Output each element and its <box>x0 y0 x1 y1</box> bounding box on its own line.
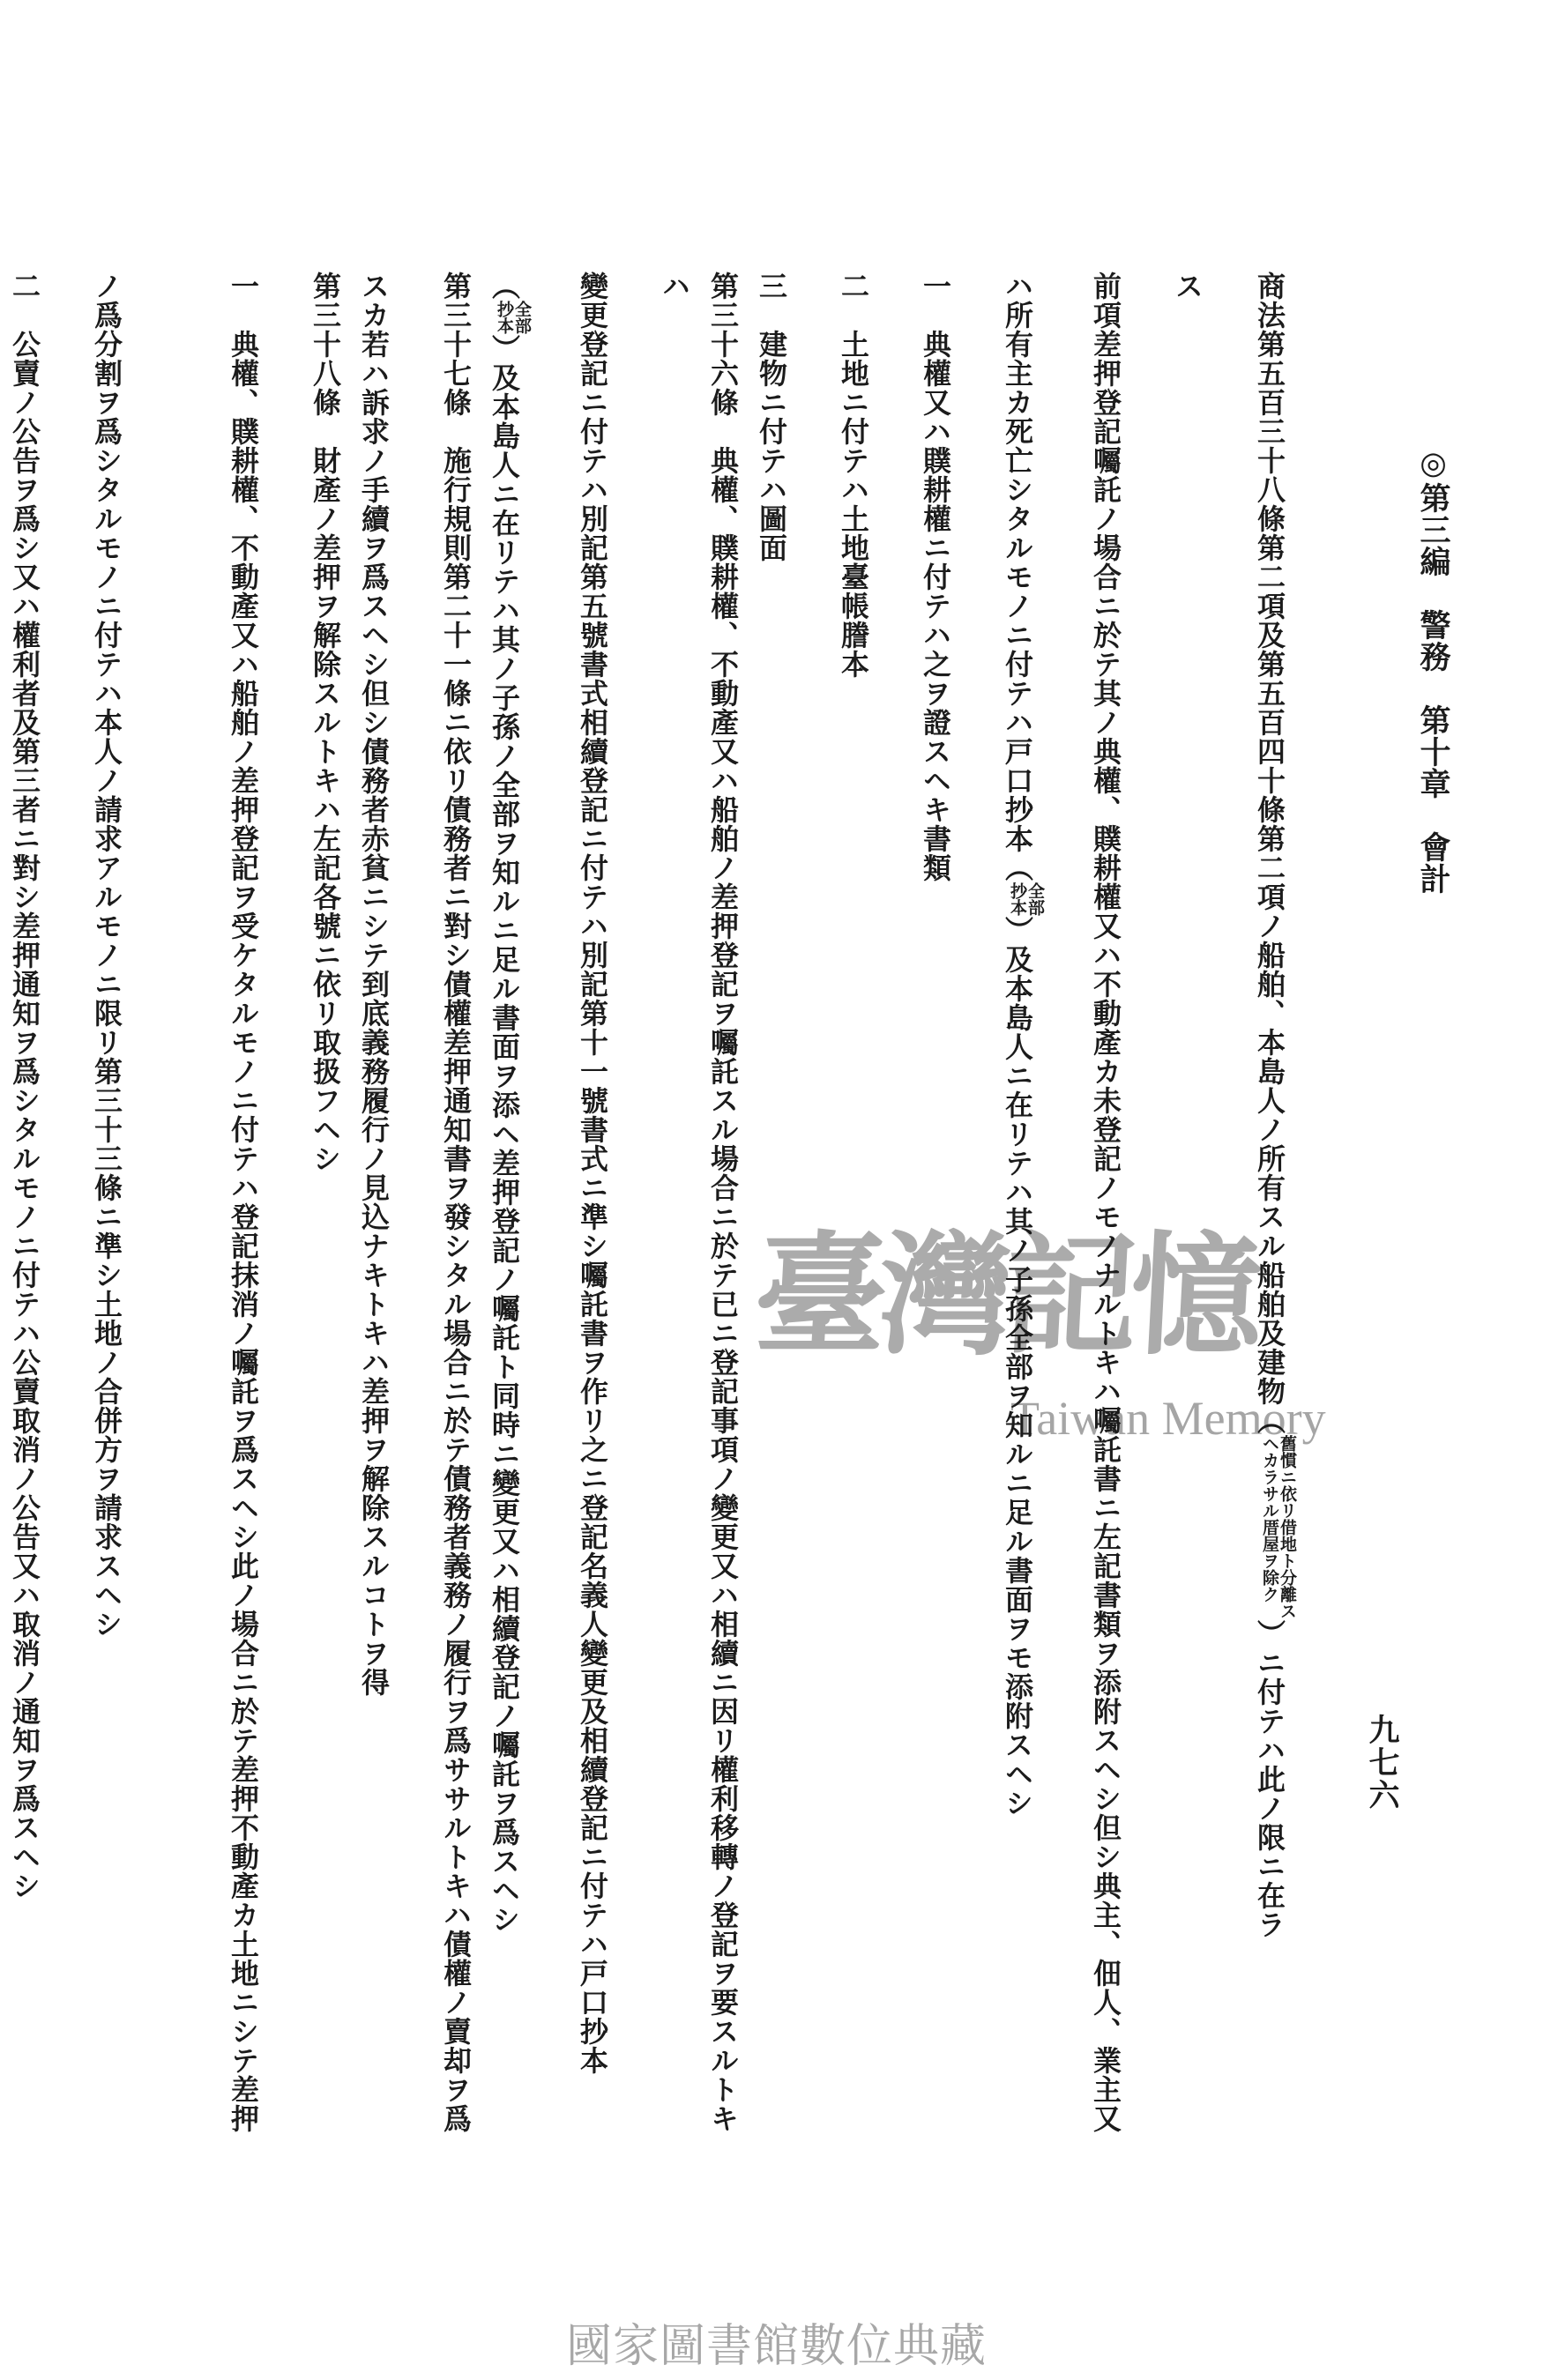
text-column: ハ所有主カ死亡シタルモノニ付テハ戸口抄本（全部抄本）及本島人ニ在リテハ其ノ子孫全… <box>993 271 1081 2149</box>
text-column: 二 公賣ノ公告ヲ爲シ又ハ權利者及第三者ニ對シ差押通知ヲ爲シタルモノニ付テハ公賣取… <box>0 271 82 2149</box>
text-column: ス <box>1163 271 1245 2149</box>
text-column: 前項差押登記囑託ノ場合ニ於テ其ノ典權、贌耕權又ハ不動產カ未登記ノモノナルトキハ囑… <box>1081 271 1163 2149</box>
inline-warichu-note: 全部抄本 <box>496 301 531 334</box>
scanned-page: ◎第三編 警務 第十章 會計 九七六 臺灣記憶 Taiwan Memory 商法… <box>0 0 1543 2380</box>
text-column: スカ若ハ訴求ノ手續ヲ爲スヘシ但シ債務者赤貧ニシテ到底義務履行ノ見込ナキトキハ差押… <box>349 271 431 2149</box>
text-column: 商法第五百三十八條第二項及第五百四十條第二項ノ船舶、本島人ノ所有スル船舶及建物（… <box>1245 271 1333 2149</box>
text-column: ノ爲分割ヲ爲シタルモノニ付テハ本人ノ請求アルモノニ限リ第三十三條ニ準シ土地ノ合併… <box>82 271 219 2149</box>
text-column: 第三十六條 典權、贌耕權、不動產又ハ船舶ノ差押登記ヲ囑託スル場合ニ於テ已ニ登記事… <box>650 271 747 2149</box>
inline-warichu-note: 全部抄本 <box>1009 882 1044 916</box>
legal-text-block: 商法第五百三十八條第二項及第五百四十條第二項ノ船舶、本島人ノ所有スル船舶及建物（… <box>155 271 1333 2149</box>
text-column: （全部抄本）及本島人ニ在リテハ其ノ子孫ノ全部ヲ知ルニ足ル書面ヲ添ヘ差押登記ノ囑託… <box>480 271 568 2149</box>
text-column: 第三十七條 施行規則第二十一條ニ依リ債務者ニ對シ債權差押通知書ヲ發シタル場合ニ於… <box>431 271 480 2149</box>
text-column: 第三十八條 財產ノ差押ヲ解除スルトキハ左記各號ニ依リ取扱フヘシ <box>301 271 349 2149</box>
text-column: 變更登記ニ付テハ別記第五號書式相續登記ニ付テハ別記第十一號書式ニ準シ囑託書ヲ作リ… <box>568 271 650 2149</box>
text-column: 二 土地ニ付テハ土地臺帳謄本 <box>829 271 911 2149</box>
inline-warichu-note: 舊慣ニ依リ借地ト分離スヘカラサル厝屋ヲ除ク <box>1261 1435 1296 1619</box>
running-head: ◎第三編 警務 第十章 會計 <box>1411 445 1455 895</box>
text-column: 一 典權又ハ贌耕權ニ付テハ之ヲ證スヘキ書類 <box>911 271 993 2149</box>
text-column: 三 建物ニ付テハ圖面 <box>747 271 829 2149</box>
footer-archive-label: 國家圖書館數位典藏 <box>566 2324 987 2369</box>
text-column: 一 典權、贌耕權、不動產又ハ船舶ノ差押登記ヲ受ケタルモノニ付テハ登記抹消ノ囑託ヲ… <box>219 271 301 2149</box>
page-number: 九七六 <box>1360 1714 1404 1811</box>
